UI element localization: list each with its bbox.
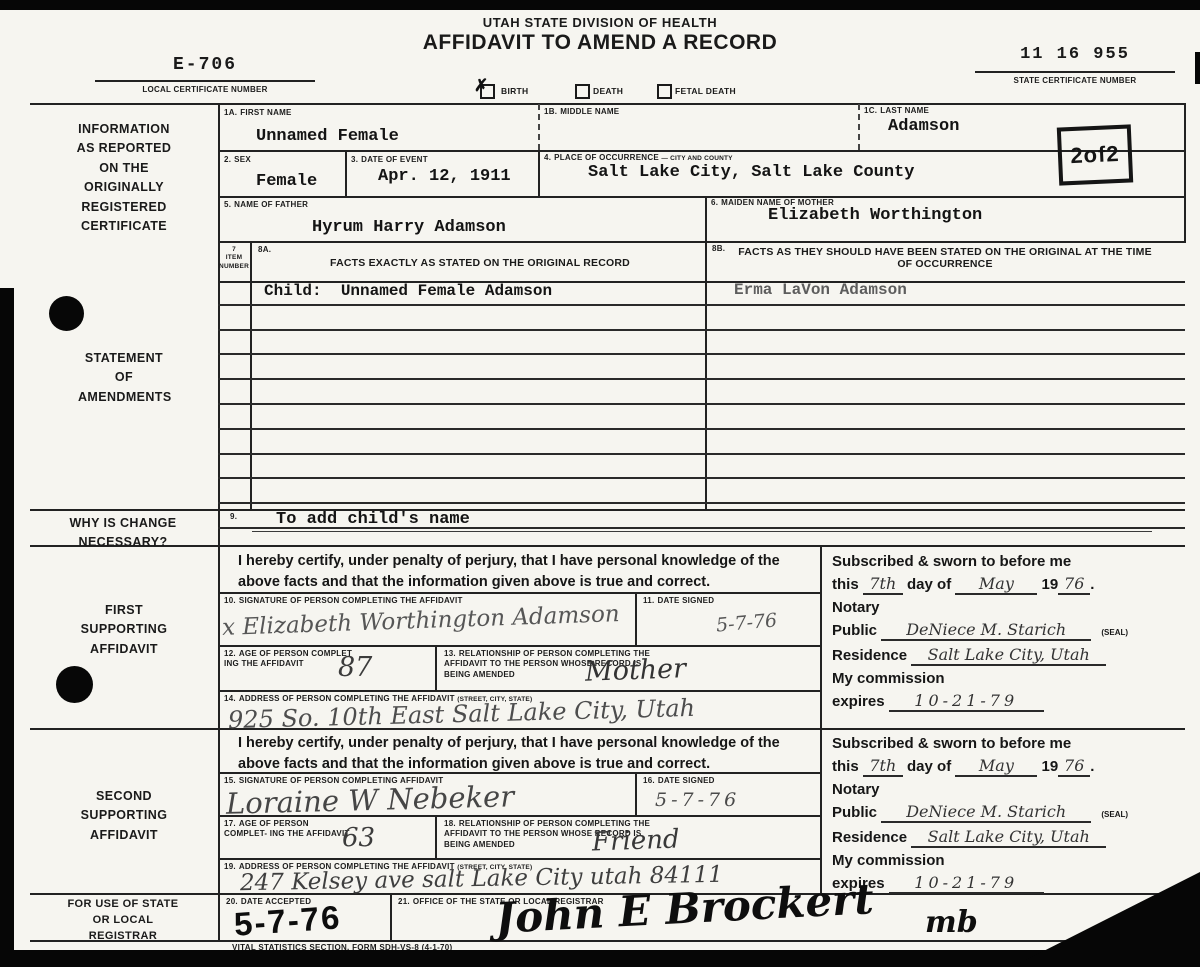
rule [345,150,347,196]
field-label: NAME OF FATHER [234,200,308,209]
death-checkbox [575,84,590,99]
notary-seal-label: (SEAL) [1101,810,1128,819]
facts-original-column-header: FACTS EXACTLY AS STATED ON THE ORIGINAL … [270,257,690,269]
sidebar-why-label: WHY IS CHANGE NECESSARY? [62,514,184,553]
notary-month-value: May [955,575,1037,595]
middle-name-label: 1B.MIDDLE NAME [544,107,619,117]
rule [635,592,637,645]
rule [218,645,820,647]
place-label: 4.PLACE OF OCCURRENCE — CITY AND COUNTY [544,153,733,163]
field-number: 2. [224,155,231,164]
death-checkbox-label: DEATH [593,86,623,96]
date-signed-1-label: 11.DATE SIGNED [643,596,714,606]
local-certificate-number: E-706 [95,55,315,75]
why-change-number: 9. [230,512,237,522]
notary-expires-line: expires 10-21-79 [832,690,1184,713]
notary-residence-label: Residence [832,829,907,846]
birth-checkbox-mark: ✗ [474,76,488,96]
page-stamp: 2of2 [1057,124,1133,185]
notary-expires-value: 10-21-79 [889,874,1044,894]
field-label: PLACE OF OCCURRENCE [554,153,659,162]
first-name-value: Unnamed Female [256,127,399,146]
certify-statement-2: I hereby certify, under penalty of perju… [238,733,813,775]
fetal-death-checkbox-label: FETAL DEATH [675,86,736,96]
last-name-value: Adamson [888,117,959,136]
rule [218,196,1185,198]
field-label: SEX [234,155,251,164]
field-number: 11. [643,596,654,605]
field-number: 1C. [864,106,877,115]
punch-hole [56,666,93,703]
sidebar-original-info-label: INFORMATION AS REPORTED ON THE ORIGINALL… [70,120,178,236]
rule [390,893,392,940]
why-underline [252,531,1152,532]
field-label: DATE OF EVENT [361,155,428,164]
rule [538,150,540,196]
notary-residence-line: Residence Salt Lake City, Utah [832,826,1184,849]
sex-label: 2.SEX [224,155,251,165]
sidebar-registrar-label: FOR USE OF STATE OR LOCAL REGISTRAR [66,897,180,945]
notary-name-value: DeNiece M. Starich [881,803,1091,823]
age-1-label: 12.AGE OF PERSON COMPLET ING THE AFFIDAV… [224,649,354,670]
field-number: 6. [711,198,718,207]
notary-year-value: 76 [1058,757,1090,777]
sidebar-second-affidavit-label: SECOND SUPPORTING AFFIDAVIT [68,787,180,845]
notary-residence-value: Salt Lake City, Utah [911,828,1106,848]
field-label: DATE SIGNED [657,596,714,605]
amendment-rows: Child: Unnamed Female Adamson Erma LaVon… [218,281,1185,529]
place-value: Salt Lake City, Salt Lake County [588,163,914,182]
rule [30,940,1185,942]
notary-public-label: Public [832,622,877,639]
state-certificate-label: STATE CERTIFICATE NUMBER [975,76,1175,86]
scan-edge-top [0,0,1200,10]
rule [858,104,860,150]
notary-month-value: May [955,757,1037,777]
rule [30,728,1185,730]
rule [435,645,437,690]
rule [218,858,820,860]
first-name-label: 1A.FIRST NAME [224,108,292,118]
notary-year-prefix: 19 [1042,576,1059,593]
notary-date-line: this 7th day of May 1976. [832,573,1184,596]
field-label: SIGNATURE OF PERSON COMPLETING THE AFFID… [239,596,463,605]
notary-expires-value: 10-21-79 [889,692,1044,712]
local-certificate-label: LOCAL CERTIFICATE NUMBER [95,85,315,95]
date-of-event-value: Apr. 12, 1911 [378,167,511,186]
field-number: 4. [544,153,551,162]
relationship-1-value: Mother [584,653,686,688]
amendment-blank-row [218,355,1185,380]
field-number: 5. [224,200,231,209]
notary-expires-label: expires [832,693,885,710]
notary-residence-line: Residence Salt Lake City, Utah [832,644,1184,667]
notary-intro: Subscribed & sworn to before me [832,732,1184,755]
field-number: 13. [444,649,456,658]
amendment-original-value: Child: Unnamed Female Adamson [264,282,552,300]
field-number: 3. [351,155,358,164]
facts-corrected-number: 8B. [712,244,725,254]
field-number: 1A. [224,108,237,117]
scan-edge-right-tick [1195,52,1200,84]
rule [705,196,707,241]
why-change-value: To add child's name [276,510,470,529]
rule [218,241,1185,243]
notary-day-value: 7th [863,757,903,777]
field-label: MIDDLE NAME [560,107,619,116]
notary-public-line: Public DeNiece M. Starich (SEAL) [832,801,1184,826]
facts-corrected-column-header: FACTS AS THEY SHOULD HAVE BEEN STATED ON… [730,246,1160,270]
age-2-value: 63 [342,823,375,853]
field-number: 10. [224,596,236,605]
notary-day-value: 7th [863,575,903,595]
amendment-blank-row [218,455,1185,480]
scanned-affidavit-document: UTAH STATE DIVISION OF HEALTH AFFIDAVIT … [0,0,1200,967]
field-label: ITEM NUMBER [219,254,249,269]
rule [435,815,437,858]
age-1-value: 87 [338,652,372,683]
notary-year-prefix: 19 [1042,758,1059,775]
mother-value: Elizabeth Worthington [768,206,982,225]
certify-statement-1: I hereby certify, under penalty of perju… [238,551,813,593]
field-label: FIRST NAME [240,108,291,117]
field-number: 1B. [544,107,557,116]
rule [820,545,822,893]
field-label: LAST NAME [880,106,929,115]
field-number: 21. [398,897,410,906]
date-of-event-label: 3.DATE OF EVENT [351,155,428,165]
notary-day-of-label: day of [907,576,951,593]
notary-block-1: Subscribed & sworn to before me this 7th… [832,550,1184,713]
notary-block-2: Subscribed & sworn to before me this 7th… [832,732,1184,895]
item-number-column-header: 7ITEM NUMBER [219,246,249,271]
notary-day-of-label: day of [907,758,951,775]
field-number: 7 [232,246,236,253]
field-number: 14. [224,694,236,703]
sidebar-amendments-label: STATEMENT OF AMENDMENTS [78,349,170,407]
father-label: 5.NAME OF FATHER [224,200,308,210]
date-accepted-value: 5-7-76 [233,898,343,943]
notary-date-line: this 7th day of May 1976. [832,755,1184,778]
notary-residence-label: Residence [832,647,907,664]
age-2-label: 17.AGE OF PERSON COMPLET- ING THE AFFIDA… [224,819,354,840]
amendment-data-row: Child: Unnamed Female Adamson Erma LaVon… [218,281,1185,306]
rule [30,103,1185,105]
date-signed-2-value: 5-7-76 [655,789,740,811]
field-number: 12. [224,649,236,658]
amendment-blank-row [218,331,1185,356]
rule [538,104,540,150]
rule [218,150,1185,152]
notary-line-end: . [1090,576,1094,593]
field-label: AGE OF PERSON COMPLET- ING THE AFFIDAVIT [224,819,350,838]
field-number: 16. [643,776,655,785]
punch-hole [49,296,84,331]
facts-original-number: 8A. [258,245,271,255]
field-label: DATE SIGNED [658,776,715,785]
date-signed-1-value: 5-7-76 [715,609,778,636]
notary-residence-value: Salt Lake City, Utah [911,646,1106,666]
notary-year-value: 76 [1058,575,1090,595]
registrar-initials: mb [925,905,978,940]
rule [30,545,1185,547]
amendment-blank-row [218,430,1185,455]
notary-commission-label: My commission [832,667,1184,690]
field-number: 18. [444,819,456,828]
state-certificate-underline [975,71,1175,73]
local-certificate-underline [95,80,315,82]
amendment-blank-row [218,306,1185,331]
notary-expires-line: expires 10-21-79 [832,872,1184,895]
notary-intro: Subscribed & sworn to before me [832,550,1184,573]
sidebar-first-affidavit-label: FIRST SUPPORTING AFFIDAVIT [68,601,180,659]
amendment-blank-row [218,405,1185,430]
relationship-2-value: Friend [592,824,681,857]
notary-this-label: this [832,576,859,593]
father-value: Hyrum Harry Adamson [312,218,506,237]
signature-1-value: x Elizabeth Worthington Adamson [222,601,620,641]
field-number: 17. [224,819,236,828]
notary-name-value: DeNiece M. Starich [881,621,1091,641]
field-label: AGE OF PERSON COMPLET ING THE AFFIDAVIT [224,649,352,668]
field-number: 15. [224,776,236,785]
birth-checkbox-label: BIRTH [501,86,528,96]
notary-line-end: . [1090,758,1094,775]
signature-1-label: 10.SIGNATURE OF PERSON COMPLETING THE AF… [224,596,463,606]
notary-public-label: Public [832,804,877,821]
rule [1184,103,1186,243]
notary-public-line: Public DeNiece M. Starich (SEAL) [832,619,1184,644]
rule [635,772,637,815]
rule [218,690,820,692]
field-sublabel: — CITY AND COUNTY [661,155,732,162]
field-number: 19. [224,862,236,871]
amendment-blank-row [218,479,1185,504]
date-signed-2-label: 16.DATE SIGNED [643,776,715,786]
notary-label: Notary [832,778,1184,801]
amendment-corrected-value: Erma LaVon Adamson [734,281,907,299]
sex-value: Female [256,172,317,191]
state-certificate-number: 11 16 955 [975,45,1175,64]
last-name-label: 1C.LAST NAME [864,106,929,116]
notary-commission-label: My commission [832,849,1184,872]
amendment-blank-row [218,380,1185,405]
notary-this-label: this [832,758,859,775]
notary-seal-label: (SEAL) [1101,628,1128,637]
agency-name: UTAH STATE DIVISION OF HEALTH [0,15,1200,30]
scan-edge-left [0,288,14,967]
notary-label: Notary [832,596,1184,619]
fetal-death-checkbox [657,84,672,99]
